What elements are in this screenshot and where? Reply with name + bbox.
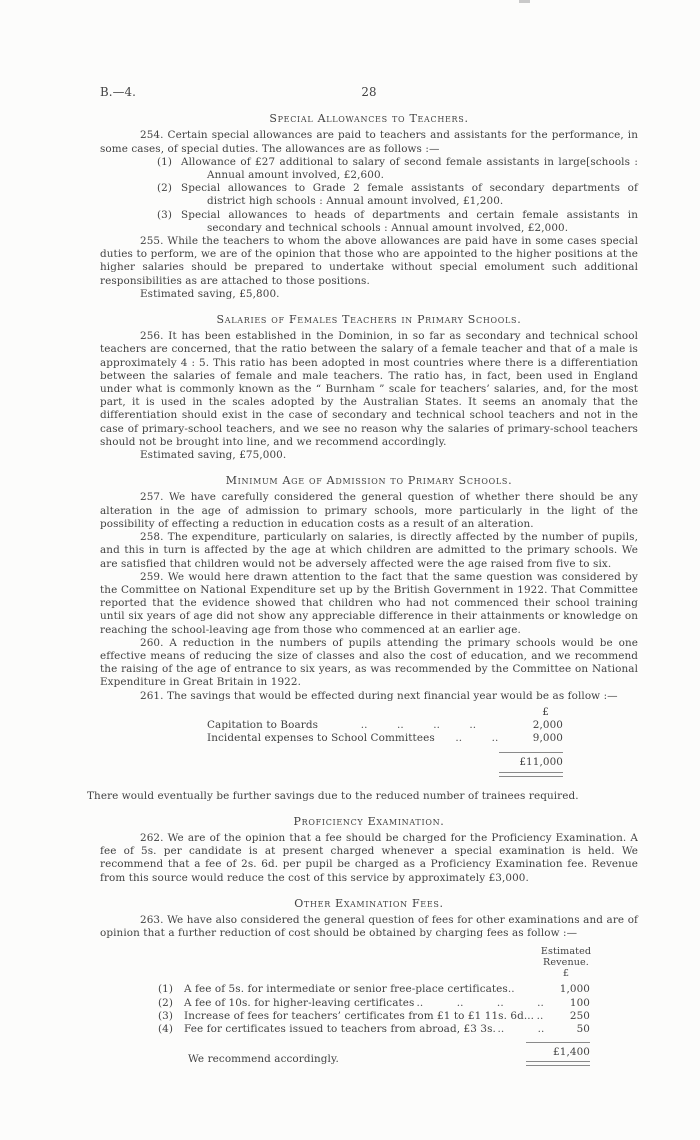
paragraph-258: 258. The expenditure, particularly on sa… (100, 531, 638, 571)
table-row: (1) A fee of 5s. for intermediate or sen… (158, 983, 590, 996)
section-heading-proficiency-examination: Proficiency Examination. (100, 815, 638, 828)
section-heading-special-allowances: Special Allowances to Teachers. (100, 112, 638, 125)
dot-leader: .. .. .. .. (414, 997, 546, 1010)
paragraph-254: 254. Certain special allowances are paid… (100, 129, 638, 155)
double-rule (499, 772, 563, 777)
paragraph-255: 255. While the teachers to whom the abov… (100, 235, 638, 288)
estimated-saving: Estimated saving, £75,000. (100, 449, 638, 462)
list-item-text: Special allowances to Grade 2 female ass… (181, 182, 638, 208)
table-total-block: £1,400 (526, 1042, 590, 1066)
table-row: (4) Fee for certificates issued to teach… (158, 1023, 590, 1036)
table-row: (2) A fee of 10s. for higher-leaving cer… (158, 997, 590, 1010)
row-number: (3) (158, 1010, 184, 1023)
row-label: Fee for certificates issued to teachers … (184, 1023, 496, 1036)
document-page: B.—4. 28 Special Allowances to Teachers.… (0, 0, 700, 1140)
paragraph-256: 256. It has been established in the Domi… (100, 330, 638, 449)
dot-leader: .. (534, 1010, 546, 1023)
section-heading-salaries-female-teachers: Salaries of Females Teachers in Primary … (100, 313, 638, 326)
currency-column-header: £ (530, 968, 602, 979)
dot-leader: .. .. (496, 1023, 546, 1036)
fees-table: Estimated Revenue. £ (1) A fee of 5s. fo… (158, 946, 590, 1066)
estimated-saving: Estimated saving, £5,800. (100, 288, 638, 301)
table-total: £1,400 (526, 1042, 590, 1059)
page-content: B.—4. 28 Special Allowances to Teachers.… (100, 86, 638, 1066)
savings-table: £ Capitation to Boards .. .. .. .. 2,000… (207, 706, 563, 777)
row-label: Incidental expenses to School Committees (207, 732, 435, 745)
row-label: A fee of 10s. for higher-leaving certifi… (184, 997, 414, 1010)
section-heading-minimum-age: Minimum Age of Admission to Primary Scho… (100, 474, 638, 487)
column-header-line: Revenue. (530, 957, 602, 968)
list-item: (3) Special allowances to heads of depar… (157, 209, 638, 235)
list-item: (2) Special allowances to Grade 2 female… (157, 182, 638, 208)
dot-leader: .. .. .. .. (318, 719, 519, 732)
list-item-text: Allowance of £27 additional to salary of… (181, 156, 638, 182)
list-item-number: (1) (157, 156, 181, 182)
list-item-text: Special allowances to heads of departmen… (181, 209, 638, 235)
row-value: 250 (546, 1010, 590, 1023)
paragraph-260: 260. A reduction in the numbers of pupil… (100, 637, 638, 690)
row-number: (2) (158, 997, 184, 1010)
table-row: Capitation to Boards .. .. .. .. 2,000 (207, 719, 563, 732)
list-item-number: (3) (157, 209, 181, 235)
row-label: Capitation to Boards (207, 719, 318, 732)
table-total: £11,000 (499, 752, 563, 769)
row-label: Increase of fees for teachers’ certifica… (184, 1010, 534, 1023)
row-value: 50 (546, 1023, 590, 1036)
double-rule (526, 1061, 590, 1066)
column-header-line: Estimated (530, 946, 602, 957)
row-value: 100 (546, 997, 590, 1010)
closing-statement: We recommend accordingly. (188, 1053, 339, 1066)
paragraph-262: 262. We are of the opinion that a fee sh… (100, 832, 638, 885)
table-row: Incidental expenses to School Committees… (207, 732, 563, 745)
row-value: 2,000 (519, 719, 563, 732)
currency-column-header: £ (207, 706, 563, 719)
section-heading-other-examination-fees: Other Examination Fees. (100, 897, 638, 910)
row-value: 1,000 (546, 983, 590, 996)
row-label: A fee of 5s. for intermediate or senior … (184, 983, 508, 996)
scan-artifact-mark (519, 0, 530, 3)
row-value: 9,000 (519, 732, 563, 745)
paragraph-259: 259. We would here drawn attention to th… (100, 571, 638, 637)
page-number: 28 (100, 86, 638, 99)
paragraph-263: 263. We have also considered the general… (100, 914, 638, 940)
list-item-number: (2) (157, 182, 181, 208)
trainees-note: There would eventually be further saving… (87, 790, 638, 803)
estimated-revenue-column-header: Estimated Revenue. £ (530, 946, 602, 979)
paragraph-257: 257. We have carefully considered the ge… (100, 491, 638, 531)
page-header: B.—4. 28 (100, 86, 638, 99)
row-number: (4) (158, 1023, 184, 1036)
row-number: (1) (158, 983, 184, 996)
list-item: (1) Allowance of £27 additional to salar… (157, 156, 638, 182)
dot-leader: .. .. (508, 983, 546, 996)
table-row: (3) Increase of fees for teachers’ certi… (158, 1010, 590, 1023)
dot-leader: .. .. (435, 732, 519, 745)
paragraph-261: 261. The savings that would be effected … (100, 690, 638, 703)
table-footer: We recommend accordingly. £1,400 (158, 1042, 590, 1066)
